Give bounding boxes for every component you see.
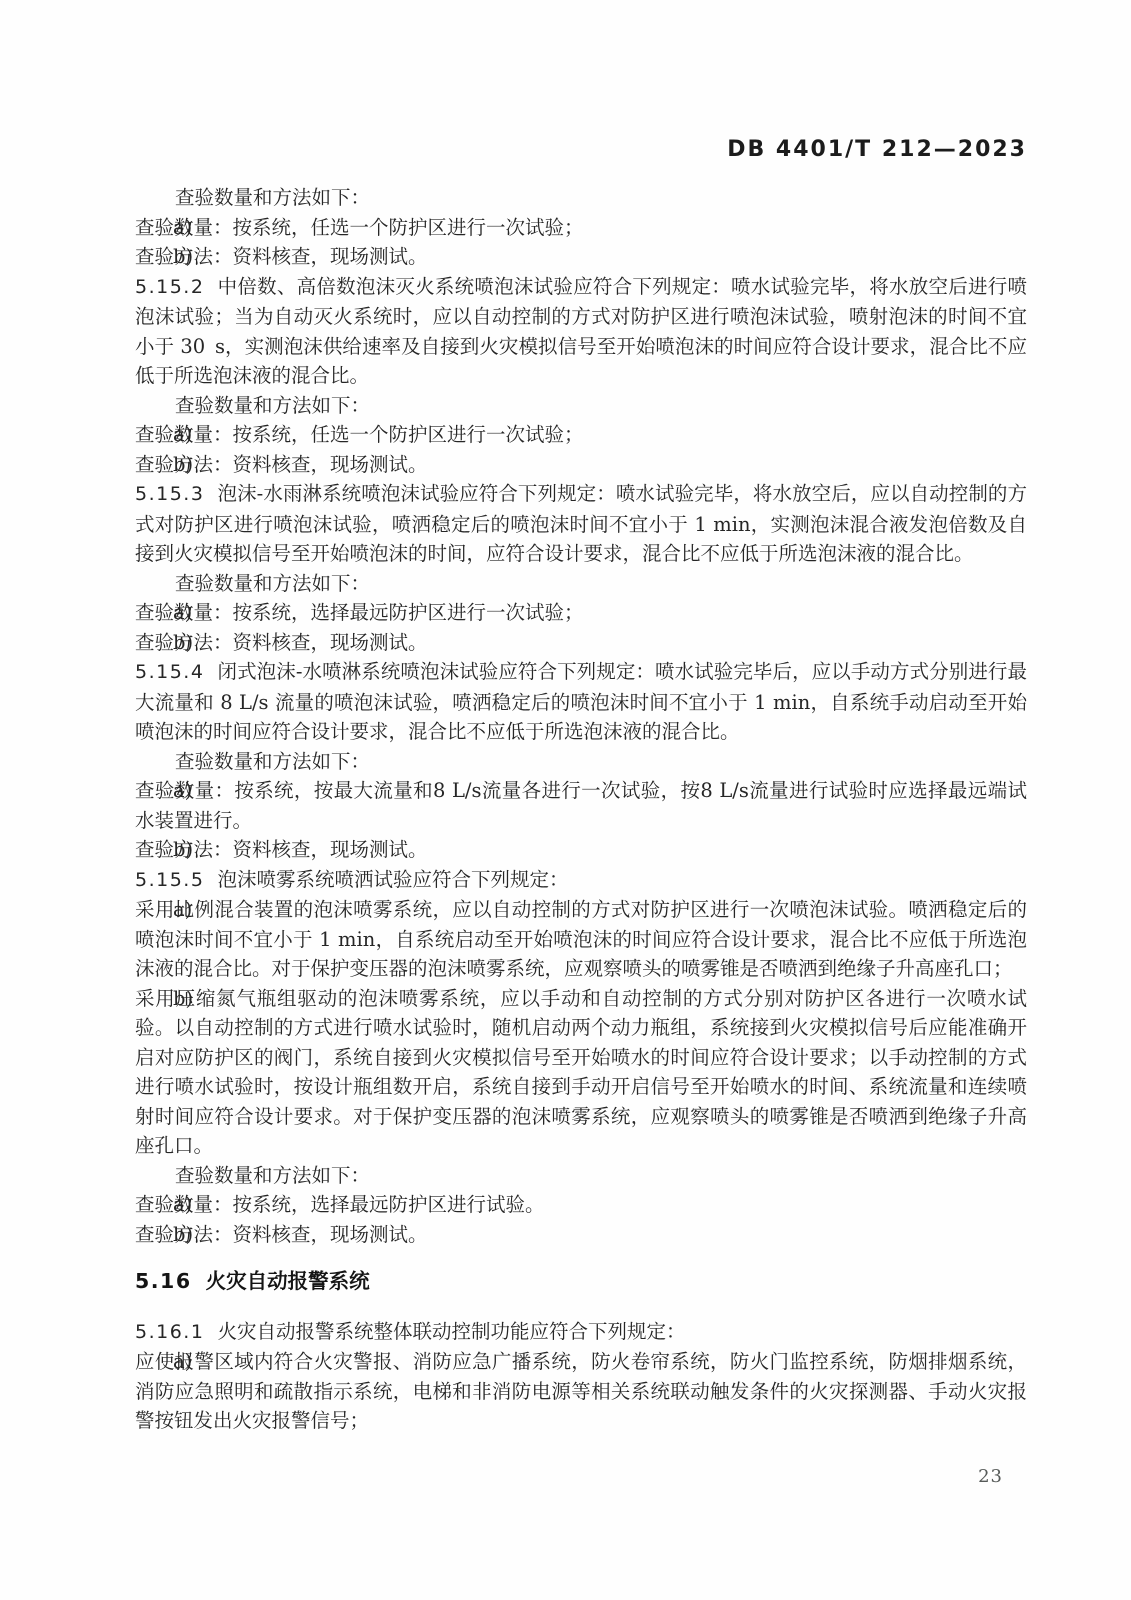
list-item: a)查验数量：按系统，选择最远防护区进行试验。 (135, 1190, 1027, 1220)
section-title: 火灾自动报警系统 (206, 1269, 370, 1293)
list-item-label: a) (173, 895, 192, 925)
paragraph: 查验数量和方法如下： (135, 569, 1027, 599)
list-item: b)采用压缩氮气瓶组驱动的泡沫喷雾系统，应以手动和自动控制的方式分别对防护区各进… (135, 984, 1027, 1161)
list-item-label: a) (173, 776, 192, 806)
paragraph: 查验数量和方法如下： (135, 747, 1027, 777)
clause-number: 5.15.5 (135, 869, 204, 891)
clause-number: 5.15.3 (135, 483, 204, 505)
list-item: a)采用比例混合装置的泡沫喷雾系统，应以自动控制的方式对防护区进行一次喷泡沫试验… (135, 895, 1027, 984)
clause-number: 5.15.4 (135, 661, 204, 683)
list-item-label: b) (173, 242, 193, 272)
clause-text: 泡沫-水雨淋系统喷泡沫试验应符合下列规定：喷水试验完毕，将水放空后，应以自动控制… (135, 482, 1027, 565)
clause-paragraph: 5.15.2中倍数、高倍数泡沫灭火系统喷泡沫试验应符合下列规定：喷水试验完毕，将… (135, 272, 1027, 391)
clause-paragraph: 5.16.1火灾自动报警系统整体联动控制功能应符合下列规定： (135, 1317, 1027, 1348)
list-item-text: 采用比例混合装置的泡沫喷雾系统，应以自动控制的方式对防护区进行一次喷泡沫试验。喷… (135, 898, 1027, 980)
list-item-label: b) (173, 628, 193, 658)
list-item: a)查验数量：按系统，任选一个防护区进行一次试验； (135, 420, 1027, 450)
clause-number: 5.15.2 (135, 276, 204, 298)
paragraph-text: 查验数量和方法如下： (175, 572, 370, 595)
clause-paragraph: 5.15.3泡沫-水雨淋系统喷泡沫试验应符合下列规定：喷水试验完毕，将水放空后，… (135, 479, 1027, 569)
list-item-text: 查验数量：按系统，按最大流量和8 L/s流量各进行一次试验，按8 L/s流量进行… (135, 779, 1027, 832)
paragraph: 查验数量和方法如下： (135, 391, 1027, 421)
list-item: a)应使报警区域内符合火灾警报、消防应急广播系统，防火卷帘系统，防火门监控系统，… (135, 1347, 1027, 1436)
clause-text: 火灾自动报警系统整体联动控制功能应符合下列规定： (217, 1320, 685, 1343)
paragraph: 查验数量和方法如下： (135, 1161, 1027, 1191)
list-item-label: a) (173, 213, 192, 243)
list-item-label: b) (173, 984, 193, 1014)
list-item: b)查验方法：资料核查，现场测试。 (135, 242, 1027, 272)
list-item: b)查验方法：资料核查，现场测试。 (135, 628, 1027, 658)
list-item: b)查验方法：资料核查，现场测试。 (135, 1220, 1027, 1250)
paragraph-text: 查验数量和方法如下： (175, 1164, 370, 1187)
list-item: a)查验数量：按系统，任选一个防护区进行一次试验； (135, 213, 1027, 243)
list-item-text: 应使报警区域内符合火灾警报、消防应急广播系统，防火卷帘系统，防火门监控系统，防烟… (135, 1350, 1027, 1432)
clause-text: 泡沫喷雾系统喷洒试验应符合下列规定： (217, 868, 568, 891)
clause-paragraph: 5.15.5泡沫喷雾系统喷洒试验应符合下列规定： (135, 865, 1027, 896)
document-page: DB 4401/T 212—2023 查验数量和方法如下：a)查验数量：按系统，… (0, 0, 1131, 1600)
list-item-label: a) (173, 598, 192, 628)
paragraph-text: 查验数量和方法如下： (175, 394, 370, 417)
list-item-label: b) (173, 835, 193, 865)
list-item-text: 查验数量：按系统，选择最远防护区进行一次试验； (135, 601, 584, 624)
list-item: b)查验方法：资料核查，现场测试。 (135, 450, 1027, 480)
list-item: a)查验数量：按系统，选择最远防护区进行一次试验； (135, 598, 1027, 628)
clause-text: 闭式泡沫-水喷淋系统喷泡沫试验应符合下列规定：喷水试验完毕后，应以手动方式分别进… (135, 660, 1027, 743)
paragraph: 查验数量和方法如下： (135, 183, 1027, 213)
list-item: a)查验数量：按系统，按最大流量和8 L/s流量各进行一次试验，按8 L/s流量… (135, 776, 1027, 835)
document-content: 查验数量和方法如下：a)查验数量：按系统，任选一个防护区进行一次试验；b)查验方… (135, 183, 1027, 1436)
list-item-text: 采用压缩氮气瓶组驱动的泡沫喷雾系统，应以手动和自动控制的方式分别对防护区各进行一… (135, 987, 1027, 1158)
list-item-text: 查验数量：按系统，任选一个防护区进行一次试验； (135, 423, 584, 446)
section-number: 5.16 (135, 1269, 192, 1293)
list-item-text: 查验数量：按系统，任选一个防护区进行一次试验； (135, 216, 584, 239)
list-item-label: a) (173, 1347, 192, 1377)
page-number: 23 (135, 1466, 1003, 1487)
standard-number-header: DB 4401/T 212—2023 (135, 137, 1027, 162)
clause-text: 中倍数、高倍数泡沫灭火系统喷泡沫试验应符合下列规定：喷水试验完毕，将水放空后进行… (135, 275, 1027, 388)
list-item-label: b) (173, 450, 193, 480)
section-heading: 5.16火灾自动报警系统 (135, 1267, 1027, 1297)
clause-paragraph: 5.15.4闭式泡沫-水喷淋系统喷泡沫试验应符合下列规定：喷水试验完毕后，应以手… (135, 657, 1027, 747)
list-item-label: a) (173, 1190, 192, 1220)
paragraph-text: 查验数量和方法如下： (175, 750, 370, 773)
list-item-label: b) (173, 1220, 193, 1250)
list-item-text: 查验数量：按系统，选择最远防护区进行试验。 (135, 1193, 545, 1216)
clause-number: 5.16.1 (135, 1321, 204, 1343)
list-item: b)查验方法：资料核查，现场测试。 (135, 835, 1027, 865)
list-item-label: a) (173, 420, 192, 450)
paragraph-text: 查验数量和方法如下： (175, 186, 370, 209)
